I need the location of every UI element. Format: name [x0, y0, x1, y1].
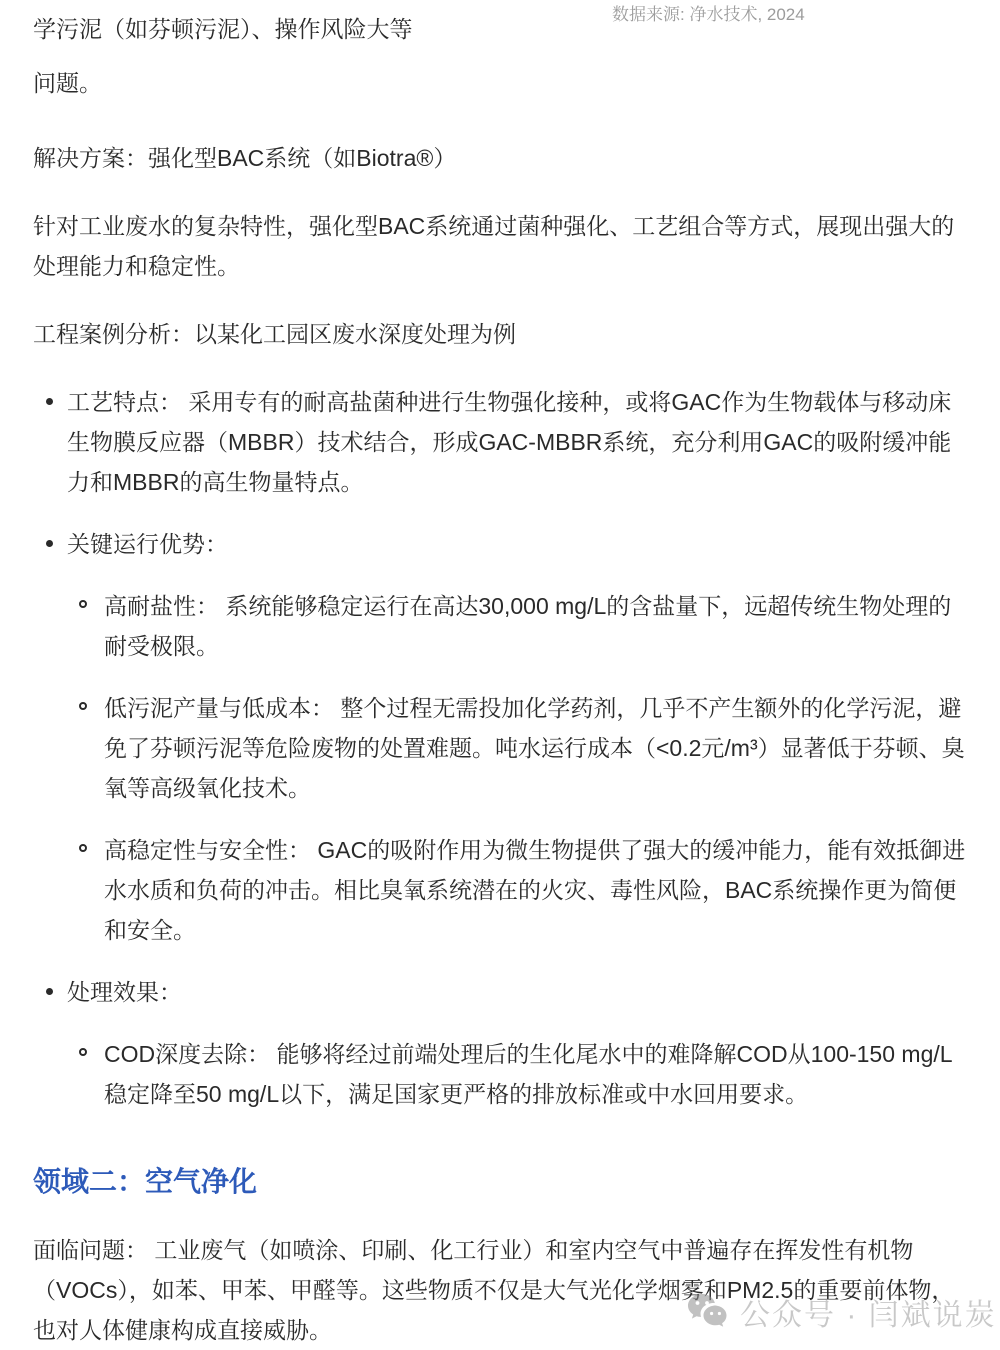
open-circle-bullet-icon	[79, 600, 87, 608]
list-item-text: 高稳定性与安全性： GAC的吸附作用为微生物提供了强大的缓冲能力，能有效抵御进水…	[104, 837, 965, 943]
list-item-text: 关键运行优势：	[67, 531, 228, 557]
list-item-treatment-results: 处理效果： COD深度去除： 能够将经过前端处理后的生化尾水中的难降解COD从1…	[33, 972, 968, 1114]
paragraph-intro: 针对工业废水的复杂特性，强化型BAC系统通过菌种强化、工艺组合等方式，展现出强大…	[33, 206, 968, 286]
list-item-text: 工艺特点： 采用专有的耐高盐菌种进行生物强化接种，或将GAC作为生物载体与移动床…	[67, 389, 951, 495]
list-item-text: 高耐盐性： 系统能够稳定运行在高达30,000 mg/L的含盐量下，远超传统生物…	[104, 593, 951, 659]
bullet-icon	[46, 398, 53, 405]
list-item-cod-removal: COD深度去除： 能够将经过前端处理后的生化尾水中的难降解COD从100-150…	[67, 1034, 968, 1114]
case-bullet-list: 工艺特点： 采用专有的耐高盐菌种进行生物强化接种，或将GAC作为生物载体与移动床…	[33, 382, 968, 1114]
advantages-sublist: 高耐盐性： 系统能够稳定运行在高达30,000 mg/L的含盐量下，远超传统生物…	[67, 586, 968, 950]
list-item-stability-safety: 高稳定性与安全性： GAC的吸附作用为微生物提供了强大的缓冲能力，能有效抵御进水…	[67, 830, 968, 950]
bullet-icon	[46, 988, 53, 995]
article: 数据来源: 净水技术, 2024 学污泥（如芬顿污泥）、操作风险大等 问题。 解…	[0, 0, 1000, 1350]
list-item-text: COD深度去除： 能够将经过前端处理后的生化尾水中的难降解COD从100-150…	[104, 1041, 953, 1107]
section-heading-air-purification: 领域二：空气净化	[33, 1162, 968, 1202]
open-circle-bullet-icon	[79, 702, 87, 710]
paragraph-continuation: 学污泥（如芬顿污泥）、操作风险大等 问题。	[33, 0, 968, 110]
open-circle-bullet-icon	[79, 1048, 87, 1056]
open-circle-bullet-icon	[79, 844, 87, 852]
paragraph-case-title: 工程案例分析：以某化工园区废水深度处理为例	[33, 314, 968, 354]
data-source-note: 数据来源: 净水技术, 2024	[612, 3, 805, 27]
list-item-text: 低污泥产量与低成本： 整个过程无需投加化学药剂，几乎不产生额外的化学污泥，避免了…	[104, 695, 965, 801]
list-item-key-advantages: 关键运行优势： 高耐盐性： 系统能够稳定运行在高达30,000 mg/L的含盐量…	[33, 524, 968, 950]
list-item-text: 处理效果：	[67, 979, 182, 1005]
list-item-low-sludge-cost: 低污泥产量与低成本： 整个过程无需投加化学药剂，几乎不产生额外的化学污泥，避免了…	[67, 688, 968, 808]
list-item-process-features: 工艺特点： 采用专有的耐高盐菌种进行生物强化接种，或将GAC作为生物载体与移动床…	[33, 382, 968, 502]
list-item-salt-tolerance: 高耐盐性： 系统能够稳定运行在高达30,000 mg/L的含盐量下，远超传统生物…	[67, 586, 968, 666]
paragraph-air-problem: 面临问题： 工业废气（如喷涂、印刷、化工行业）和室内空气中普遍存在挥发性有机物（…	[33, 1230, 968, 1350]
bullet-icon	[46, 540, 53, 547]
results-sublist: COD深度去除： 能够将经过前端处理后的生化尾水中的难降解COD从100-150…	[67, 1034, 968, 1114]
paragraph-solution: 解决方案：强化型BAC系统（如Biotra®）	[33, 138, 968, 178]
